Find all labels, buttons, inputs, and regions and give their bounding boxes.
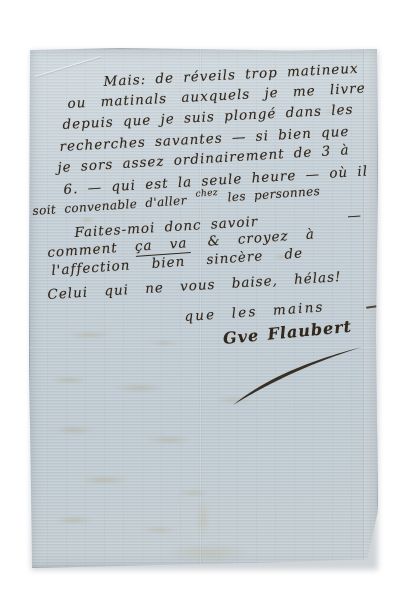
letter-paper: Mais: de réveils trop matineux ou matina…	[29, 48, 378, 568]
letter-photo: Mais: de réveils trop matineux ou matina…	[0, 0, 405, 610]
line-7-inserted-word: chez	[195, 188, 218, 200]
line-8-trailing-dash: —	[347, 207, 362, 224]
signature-paraph-flourish	[229, 346, 364, 408]
